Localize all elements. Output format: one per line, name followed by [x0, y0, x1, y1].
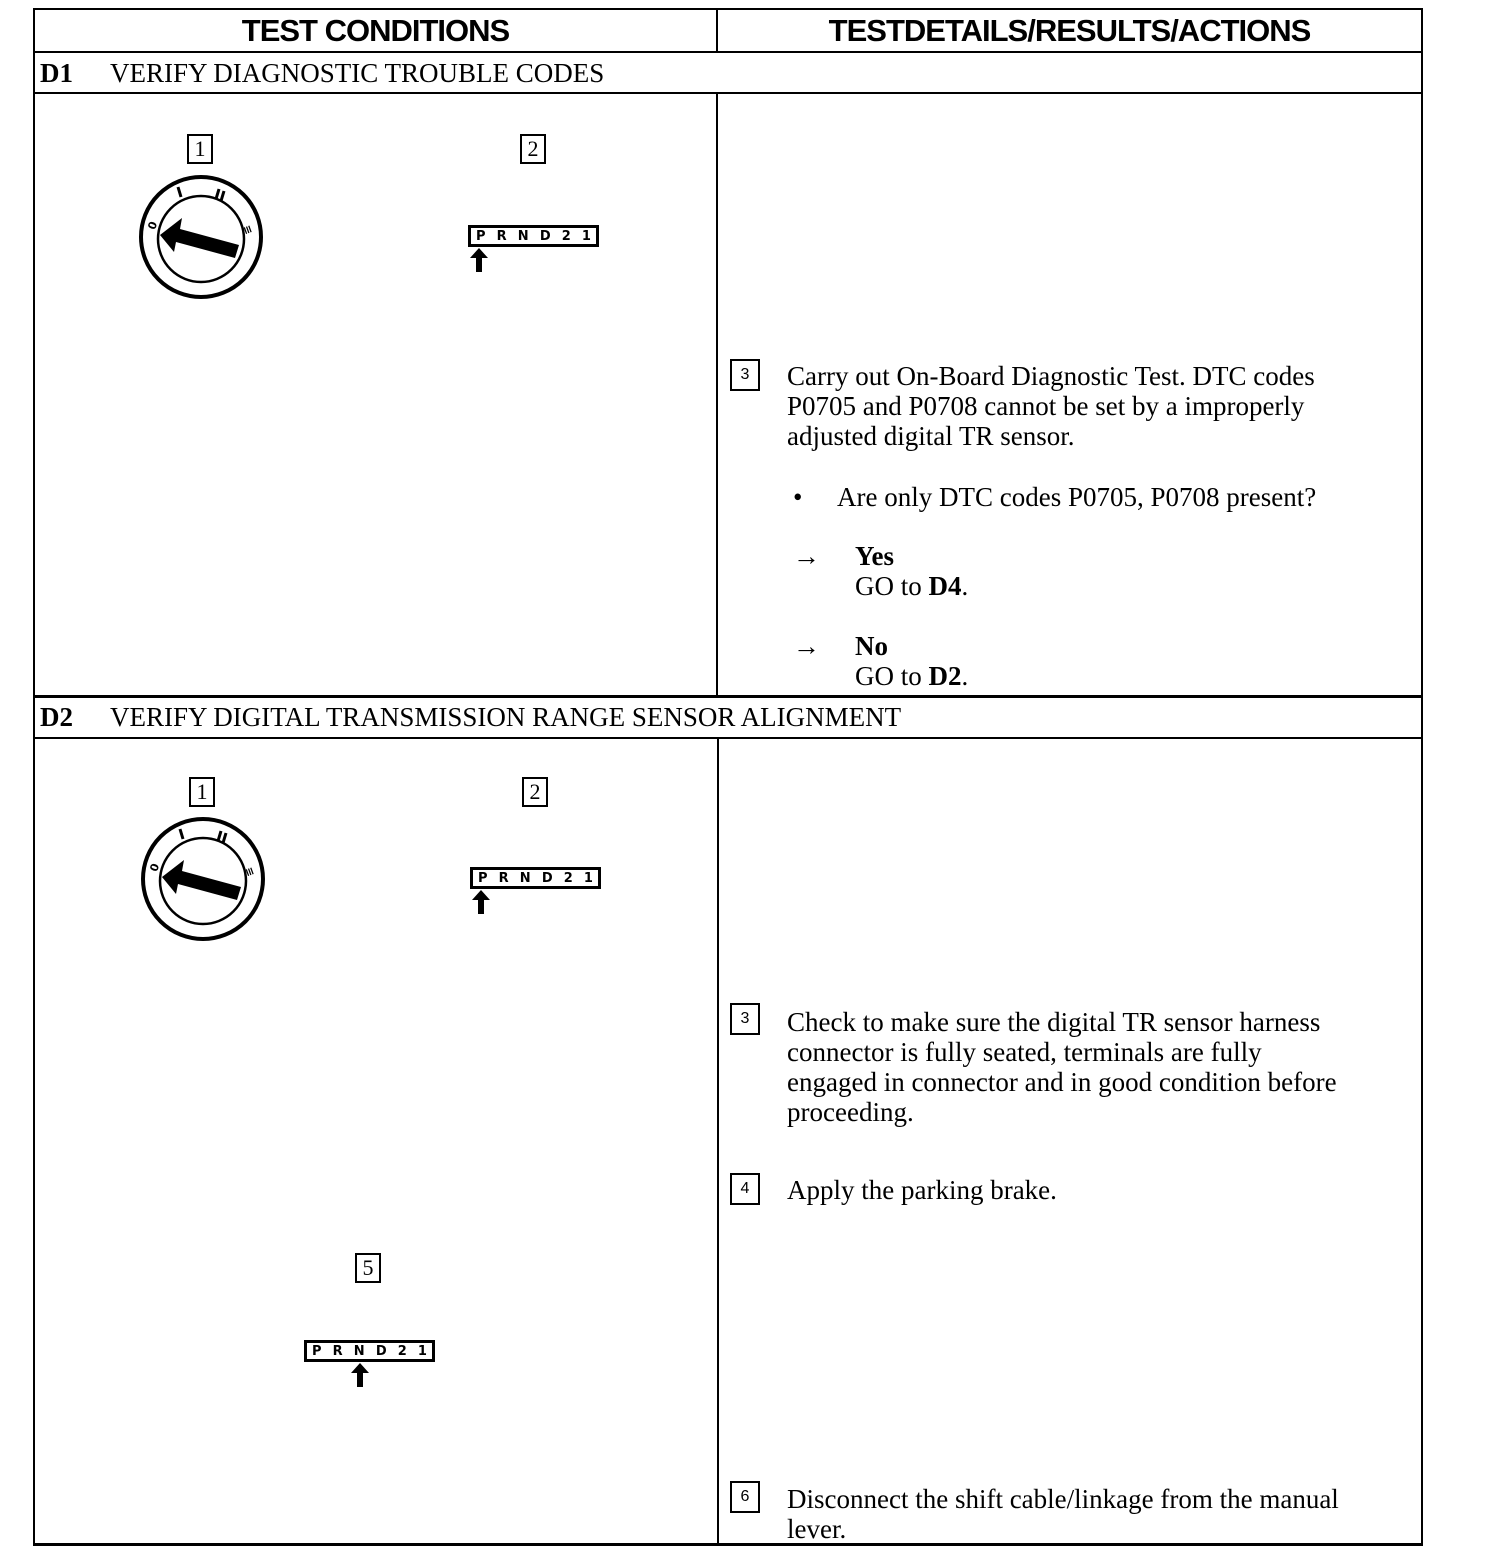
go-target: D4: [929, 571, 962, 601]
column-divider-d1: [716, 92, 718, 696]
ignition-key-off-icon: 0 ≡: [138, 817, 268, 943]
gear-label: 1: [418, 1344, 427, 1359]
step-instruction: Carry out On-Board Diagnostic Test. DTC …: [787, 361, 1315, 451]
d2-header-bottom-divider: [33, 737, 1423, 739]
step-number-box: 3: [730, 1003, 760, 1035]
up-arrow-indicator-icon: [472, 890, 490, 914]
table-border-right: [1421, 8, 1423, 1546]
outcome-yes: Yes GO to D4.: [855, 541, 968, 601]
gear-label: R: [497, 229, 507, 244]
go-target: D2: [929, 661, 962, 691]
text-line: proceeding.: [787, 1097, 1337, 1127]
step-number-box: 6: [730, 1481, 760, 1513]
text-line: connector is fully seated, terminals are…: [787, 1037, 1337, 1067]
gear-selector-neutral-icon: P R N D 2 1: [304, 1340, 435, 1362]
step-number-box: 4: [730, 1173, 760, 1205]
section-header-d1: D1 VERIFY DIAGNOSTIC TROUBLE CODES: [40, 53, 604, 93]
up-arrow-indicator-icon: [470, 248, 488, 272]
column-divider-d2: [717, 737, 719, 1545]
text-line: lever.: [787, 1514, 1339, 1544]
svg-text:0: 0: [147, 861, 162, 873]
go-suffix: .: [962, 571, 969, 601]
up-arrow-indicator-icon: [351, 1363, 369, 1387]
gear-label: 1: [584, 871, 593, 886]
gear-label: R: [499, 871, 509, 886]
text-line: P0705 and P0708 cannot be set by a impro…: [787, 391, 1315, 421]
gear-label: P: [476, 229, 486, 244]
gear-selector-park-icon: P R N D 2 1: [470, 867, 601, 889]
gear-label: 2: [398, 1344, 407, 1359]
go-suffix: .: [962, 661, 969, 691]
text-line: Carry out On-Board Diagnostic Test. DTC …: [787, 361, 1315, 391]
table-border-left: [33, 8, 35, 1546]
section-id: D2: [40, 702, 110, 733]
text-line: adjusted digital TR sensor.: [787, 421, 1315, 451]
step-number-box: 1: [189, 777, 215, 807]
answer-label: Yes: [855, 541, 894, 571]
gear-label: P: [312, 1344, 322, 1359]
outcome-no: No GO to D2.: [855, 631, 968, 691]
ignition-key-off-icon: 0 ≡: [136, 175, 266, 301]
go-to-link[interactable]: GO to D2.: [855, 661, 968, 691]
svg-text:0: 0: [145, 219, 160, 231]
gear-label: D: [540, 229, 551, 244]
arrow-right-icon: →: [793, 631, 820, 661]
gear-label: P: [478, 871, 488, 886]
step-number-box: 1: [187, 134, 213, 164]
gear-label: 2: [562, 229, 571, 244]
text-line: Disconnect the shift cable/linkage from …: [787, 1484, 1339, 1514]
section-header-d2: D2 VERIFY DIGITAL TRANSMISSION RANGE SEN…: [40, 697, 901, 737]
step-instruction: Check to make sure the digital TR sensor…: [787, 1007, 1337, 1127]
step-number-box: 2: [520, 134, 546, 164]
arrow-right-icon: →: [793, 541, 820, 571]
step-number-box: 2: [522, 777, 548, 807]
answer-label: No: [855, 631, 888, 661]
section-title: VERIFY DIAGNOSTIC TROUBLE CODES: [110, 58, 604, 89]
column-header-test-conditions: TEST CONDITIONS: [35, 10, 716, 52]
column-header-test-details: TESTDETAILS/RESULTS/ACTIONS: [718, 10, 1421, 52]
gear-label: 2: [564, 871, 573, 886]
step-instruction: Apply the parking brake.: [787, 1175, 1057, 1205]
section-id: D1: [40, 58, 110, 89]
section-title: VERIFY DIGITAL TRANSMISSION RANGE SENSOR…: [110, 702, 901, 733]
gear-label: 1: [582, 229, 591, 244]
gear-label: D: [376, 1344, 387, 1359]
text-line: engaged in connector and in good conditi…: [787, 1067, 1337, 1097]
step-number-box: 5: [355, 1253, 381, 1283]
text-line: Check to make sure the digital TR sensor…: [787, 1007, 1337, 1037]
step-number-box: 3: [730, 359, 760, 391]
step-instruction: Disconnect the shift cable/linkage from …: [787, 1484, 1339, 1544]
gear-label: D: [542, 871, 553, 886]
gear-label: N: [520, 871, 531, 886]
gear-label: N: [518, 229, 529, 244]
gear-label: R: [333, 1344, 343, 1359]
gear-label: N: [354, 1344, 365, 1359]
go-prefix: GO to: [855, 661, 929, 691]
gear-selector-park-icon: P R N D 2 1: [468, 225, 599, 247]
question-text: Are only DTC codes P0705, P0708 present?: [837, 482, 1316, 512]
go-to-link[interactable]: GO to D4.: [855, 571, 968, 601]
bullet-icon: •: [793, 482, 802, 512]
go-prefix: GO to: [855, 571, 929, 601]
text-line: Apply the parking brake.: [787, 1175, 1057, 1205]
